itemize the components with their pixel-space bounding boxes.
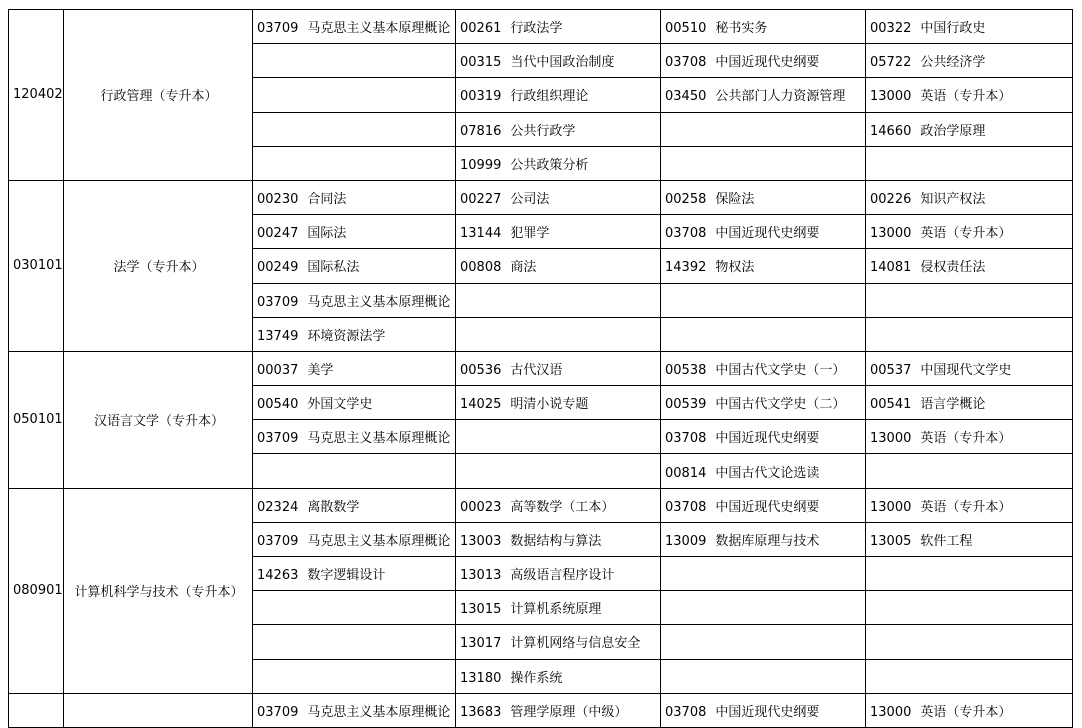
course-code: 14392 [665, 260, 706, 275]
major-name-cell [64, 693, 253, 720]
course-cell: 13000英语（专升本） [866, 693, 1073, 720]
course-code: 03450 [665, 89, 706, 104]
course-title: 数字逻辑设计 [307, 568, 385, 583]
course-code: 03709 [257, 295, 298, 310]
course-cell: 13000英语（专升本） [866, 420, 1073, 454]
table-row: 050101汉语言文学（专升本）00037美学00536古代汉语00538中国古… [9, 351, 1073, 385]
course-code: 10999 [460, 158, 501, 173]
course-cell: 00247国际法 [253, 215, 456, 249]
course-code: 00227 [460, 192, 501, 207]
exam-schedule-table: 120402行政管理（专升本）03709马克思主义基本原理概论00261行政法学… [8, 9, 1073, 720]
document-page: 120402行政管理（专升本）03709马克思主义基本原理概论00261行政法学… [0, 0, 1082, 720]
empty-cell [866, 283, 1073, 317]
course-code: 13180 [460, 671, 501, 686]
course-code: 13683 [460, 705, 501, 720]
course-title: 英语（专升本） [920, 431, 1011, 446]
empty-cell [866, 659, 1073, 693]
empty-cell [661, 659, 866, 693]
course-cell: 14392物权法 [661, 249, 866, 283]
course-code: 13017 [460, 636, 501, 651]
major-name-cell: 行政管理（专升本） [64, 10, 253, 181]
course-cell: 03708中国近现代史纲要 [661, 44, 866, 78]
course-title: 中国古代文论选读 [715, 466, 819, 481]
course-code: 13000 [870, 705, 911, 720]
course-code: 00539 [665, 397, 706, 412]
course-cell: 14263数字逻辑设计 [253, 557, 456, 591]
course-title: 公共经济学 [920, 55, 985, 70]
course-cell: 13683管理学原理（中级） [456, 693, 661, 720]
course-code: 14263 [257, 568, 298, 583]
course-title: 离散数学 [307, 500, 359, 515]
major-name-cell: 汉语言文学（专升本） [64, 351, 253, 488]
course-code: 14025 [460, 397, 501, 412]
course-cell: 03708中国近现代史纲要 [661, 488, 866, 522]
course-code: 14081 [870, 260, 911, 275]
major-name-cell: 计算机科学与技术（专升本） [64, 488, 253, 693]
course-title: 商法 [510, 260, 536, 275]
course-title: 公共部门人力资源管理 [715, 89, 845, 104]
course-title: 中国近现代史纲要 [715, 500, 819, 515]
course-cell: 00258保险法 [661, 180, 866, 214]
course-cell: 03708中国近现代史纲要 [661, 693, 866, 720]
course-title: 计算机系统原理 [510, 602, 601, 617]
course-title: 英语（专升本） [920, 89, 1011, 104]
course-title: 物权法 [715, 260, 754, 275]
table-row: 030101K法学（专升本）00230合同法00227公司法00258保险法00… [9, 180, 1073, 214]
course-code: 13013 [460, 568, 501, 583]
course-cell: 13015计算机系统原理 [456, 591, 661, 625]
course-title: 行政组织理论 [510, 89, 588, 104]
empty-cell [866, 557, 1073, 591]
course-code: 00023 [460, 500, 501, 515]
course-code: 13144 [460, 226, 501, 241]
course-cell: 03450公共部门人力资源管理 [661, 78, 866, 112]
course-title: 中国近现代史纲要 [715, 55, 819, 70]
course-cell: 13003数据结构与算法 [456, 522, 661, 556]
empty-cell [456, 317, 661, 351]
course-title: 侵权责任法 [920, 260, 985, 275]
course-title: 犯罪学 [510, 226, 549, 241]
course-cell: 07816公共行政学 [456, 112, 661, 146]
course-code: 03709 [257, 534, 298, 549]
major-code-cell: 050101 [9, 351, 64, 488]
course-cell: 00539中国古代文学史（二） [661, 386, 866, 420]
course-title: 数据结构与算法 [510, 534, 601, 549]
course-title: 马克思主义基本原理概论 [307, 705, 450, 720]
course-code: 00538 [665, 363, 706, 378]
course-title: 中国古代文学史（二） [715, 397, 845, 412]
course-code: 03708 [665, 431, 706, 446]
course-code: 00037 [257, 363, 298, 378]
course-code: 03709 [257, 705, 298, 720]
empty-cell [253, 78, 456, 112]
course-code: 03708 [665, 705, 706, 720]
course-code: 00226 [870, 192, 911, 207]
course-code: 00249 [257, 260, 298, 275]
empty-cell [866, 454, 1073, 488]
course-title: 政治学原理 [920, 124, 985, 139]
course-title: 英语（专升本） [920, 705, 1011, 720]
course-title: 软件工程 [920, 534, 972, 549]
course-code: 05722 [870, 55, 911, 70]
major-code-cell [9, 693, 64, 720]
course-code: 14660 [870, 124, 911, 139]
course-title: 马克思主义基本原理概论 [307, 295, 450, 310]
course-cell: 03709马克思主义基本原理概论 [253, 10, 456, 44]
course-cell: 00510秘书实务 [661, 10, 866, 44]
empty-cell [661, 557, 866, 591]
empty-cell [661, 283, 866, 317]
course-title: 当代中国政治制度 [510, 55, 614, 70]
course-cell: 14025明清小说专题 [456, 386, 661, 420]
empty-cell [661, 146, 866, 180]
course-cell: 00319行政组织理论 [456, 78, 661, 112]
course-title: 秘书实务 [715, 21, 767, 36]
course-title: 数据库原理与技术 [715, 534, 819, 549]
course-title: 英语（专升本） [920, 226, 1011, 241]
course-code: 00315 [460, 55, 501, 70]
course-code: 00536 [460, 363, 501, 378]
empty-cell [456, 454, 661, 488]
empty-cell [661, 112, 866, 146]
course-cell: 00538中国古代文学史（一） [661, 351, 866, 385]
empty-cell [253, 591, 456, 625]
empty-cell [866, 317, 1073, 351]
course-cell: 00541语言学概论 [866, 386, 1073, 420]
empty-cell [253, 625, 456, 659]
course-title: 马克思主义基本原理概论 [307, 21, 450, 36]
course-title: 保险法 [715, 192, 754, 207]
major-code-cell: 120402 [9, 10, 64, 181]
empty-cell [253, 146, 456, 180]
empty-cell [661, 591, 866, 625]
course-cell: 03709马克思主义基本原理概论 [253, 283, 456, 317]
course-cell: 14660政治学原理 [866, 112, 1073, 146]
table-row: 080901计算机科学与技术（专升本）02324离散数学00023高等数学（工本… [9, 488, 1073, 522]
course-title: 中国近现代史纲要 [715, 705, 819, 720]
course-cell: 00261行政法学 [456, 10, 661, 44]
course-cell: 03709马克思主义基本原理概论 [253, 522, 456, 556]
course-title: 语言学概论 [920, 397, 985, 412]
course-cell: 13000英语（专升本） [866, 215, 1073, 249]
course-code: 13749 [257, 329, 298, 344]
course-cell: 00227公司法 [456, 180, 661, 214]
course-title: 行政法学 [510, 21, 562, 36]
course-title: 古代汉语 [510, 363, 562, 378]
course-cell: 00540外国文学史 [253, 386, 456, 420]
course-code: 00319 [460, 89, 501, 104]
course-title: 公共政策分析 [510, 158, 588, 173]
course-code: 00541 [870, 397, 911, 412]
course-cell: 00322中国行政史 [866, 10, 1073, 44]
course-title: 中国古代文学史（一） [715, 363, 845, 378]
empty-cell [661, 625, 866, 659]
empty-cell [456, 283, 661, 317]
course-cell: 13000英语（专升本） [866, 488, 1073, 522]
course-code: 00540 [257, 397, 298, 412]
course-title: 国际私法 [307, 260, 359, 275]
empty-cell [253, 454, 456, 488]
course-code: 00258 [665, 192, 706, 207]
course-title: 管理学原理（中级） [510, 705, 627, 720]
empty-cell [253, 44, 456, 78]
course-title: 美学 [307, 363, 333, 378]
course-code: 00537 [870, 363, 911, 378]
major-code-cell: 030101K [9, 180, 64, 351]
course-cell: 00537中国现代文学史 [866, 351, 1073, 385]
major-code-cell: 080901 [9, 488, 64, 693]
empty-cell [253, 659, 456, 693]
course-title: 中国现代文学史 [920, 363, 1011, 378]
table-row: 120402行政管理（专升本）03709马克思主义基本原理概论00261行政法学… [9, 10, 1073, 44]
course-title: 英语（专升本） [920, 500, 1011, 515]
course-title: 知识产权法 [920, 192, 985, 207]
course-cell: 00037美学 [253, 351, 456, 385]
course-code: 00510 [665, 21, 706, 36]
course-cell: 02324离散数学 [253, 488, 456, 522]
course-code: 03708 [665, 226, 706, 241]
empty-cell [253, 112, 456, 146]
course-code: 00230 [257, 192, 298, 207]
course-code: 13000 [870, 500, 911, 515]
course-code: 00808 [460, 260, 501, 275]
course-code: 02324 [257, 500, 298, 515]
course-code: 03709 [257, 431, 298, 446]
course-title: 高等数学（工本） [510, 500, 614, 515]
course-cell: 03709马克思主义基本原理概论 [253, 420, 456, 454]
course-cell: 13000英语（专升本） [866, 78, 1073, 112]
exam-schedule-table-body: 120402行政管理（专升本）03709马克思主义基本原理概论00261行政法学… [9, 10, 1073, 721]
course-cell: 00023高等数学（工本） [456, 488, 661, 522]
course-cell: 13144犯罪学 [456, 215, 661, 249]
course-title: 公共行政学 [510, 124, 575, 139]
course-code: 13000 [870, 226, 911, 241]
course-cell: 03709马克思主义基本原理概论 [253, 693, 456, 720]
course-cell: 13009数据库原理与技术 [661, 522, 866, 556]
empty-cell [866, 625, 1073, 659]
major-name-cell: 法学（专升本） [64, 180, 253, 351]
course-title: 计算机网络与信息安全 [510, 636, 640, 651]
course-cell: 13005软件工程 [866, 522, 1073, 556]
course-cell: 13017计算机网络与信息安全 [456, 625, 661, 659]
course-cell: 14081侵权责任法 [866, 249, 1073, 283]
course-title: 操作系统 [510, 671, 562, 686]
course-title: 中国近现代史纲要 [715, 226, 819, 241]
course-code: 13009 [665, 534, 706, 549]
course-code: 00261 [460, 21, 501, 36]
course-cell: 00814中国古代文论选读 [661, 454, 866, 488]
empty-cell [866, 146, 1073, 180]
course-code: 00814 [665, 466, 706, 481]
course-title: 国际法 [307, 226, 346, 241]
course-code: 00247 [257, 226, 298, 241]
course-cell: 00230合同法 [253, 180, 456, 214]
course-code: 13000 [870, 431, 911, 446]
course-title: 马克思主义基本原理概论 [307, 534, 450, 549]
course-title: 马克思主义基本原理概论 [307, 431, 450, 446]
course-code: 00322 [870, 21, 911, 36]
course-title: 明清小说专题 [510, 397, 588, 412]
course-title: 中国近现代史纲要 [715, 431, 819, 446]
course-title: 外国文学史 [307, 397, 372, 412]
empty-cell [661, 317, 866, 351]
course-cell: 00536古代汉语 [456, 351, 661, 385]
course-code: 03709 [257, 21, 298, 36]
course-cell: 10999公共政策分析 [456, 146, 661, 180]
course-cell: 05722公共经济学 [866, 44, 1073, 78]
course-code: 13015 [460, 602, 501, 617]
course-code: 13003 [460, 534, 501, 549]
course-code: 13005 [870, 534, 911, 549]
course-cell: 13180操作系统 [456, 659, 661, 693]
course-cell: 00808商法 [456, 249, 661, 283]
course-cell: 13013高级语言程序设计 [456, 557, 661, 591]
course-cell: 03708中国近现代史纲要 [661, 215, 866, 249]
course-title: 合同法 [307, 192, 346, 207]
course-cell: 00249国际私法 [253, 249, 456, 283]
empty-cell [866, 591, 1073, 625]
course-code: 03708 [665, 55, 706, 70]
course-title: 高级语言程序设计 [510, 568, 614, 583]
course-cell: 00226知识产权法 [866, 180, 1073, 214]
course-code: 13000 [870, 89, 911, 104]
course-title: 环境资源法学 [307, 329, 385, 344]
course-title: 中国行政史 [920, 21, 985, 36]
course-title: 公司法 [510, 192, 549, 207]
course-code: 03708 [665, 500, 706, 515]
table-row: 03709马克思主义基本原理概论13683管理学原理（中级）03708中国近现代… [9, 693, 1073, 720]
course-cell: 00315当代中国政治制度 [456, 44, 661, 78]
course-cell: 03708中国近现代史纲要 [661, 420, 866, 454]
empty-cell [456, 420, 661, 454]
course-code: 07816 [460, 124, 501, 139]
course-cell: 13749环境资源法学 [253, 317, 456, 351]
